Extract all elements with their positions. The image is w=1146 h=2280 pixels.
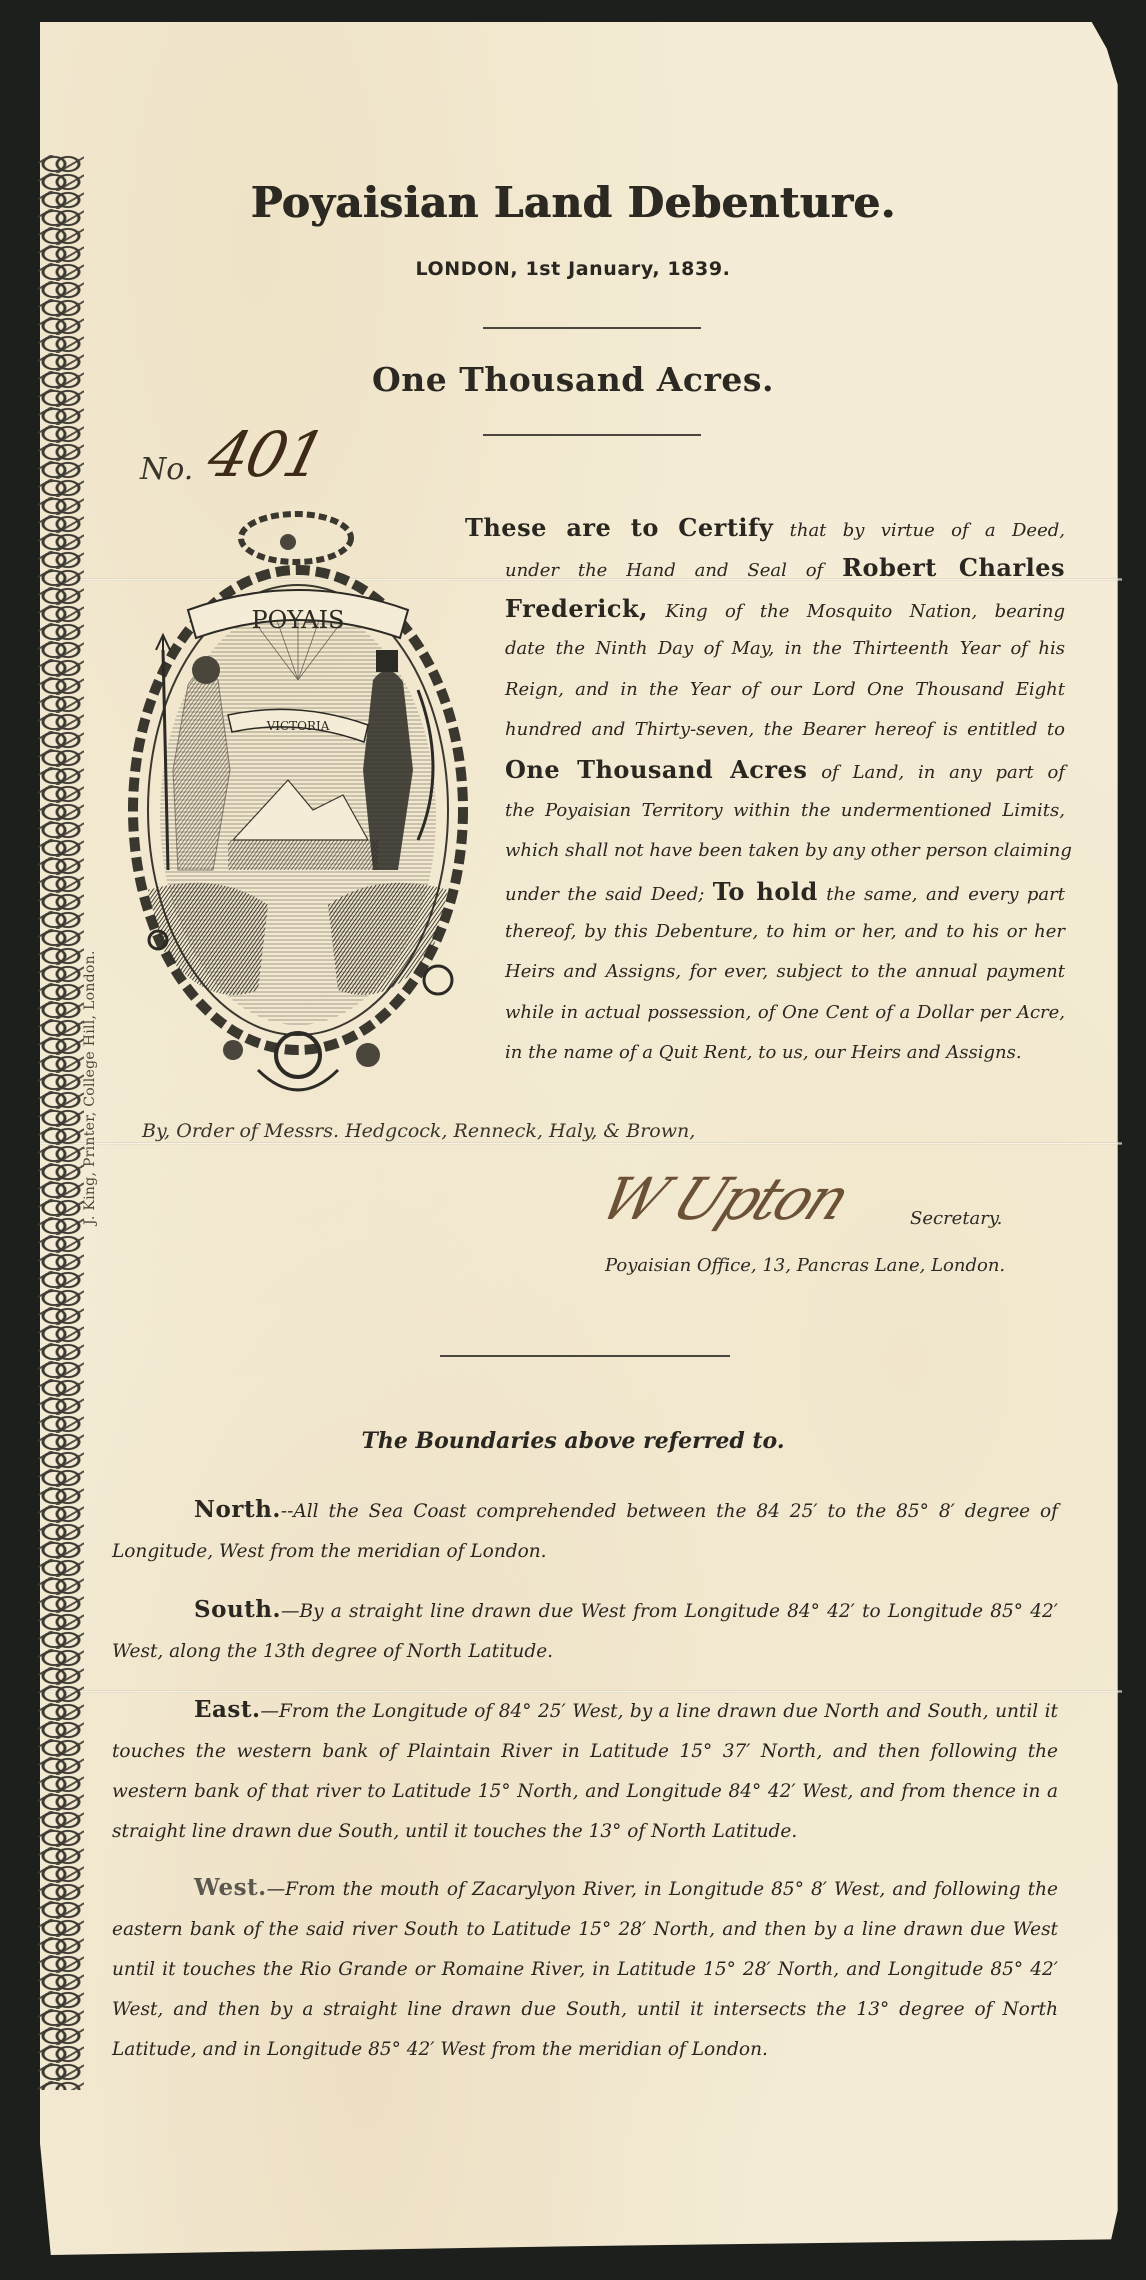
svg-text:VICTORIA: VICTORIA bbox=[266, 719, 330, 733]
boundary-east: East.—From the Longitude of 84° 25′ West… bbox=[112, 1690, 1058, 1852]
certificate-line: date the Ninth Day of May, in the Thirte… bbox=[505, 629, 1065, 669]
handwritten-signature: W Upton bbox=[590, 1165, 859, 1233]
boundary-label: West. bbox=[194, 1874, 267, 1901]
certificate-line: under the said Deed; To hold the same, a… bbox=[505, 872, 1065, 912]
certificate-line: under the Hand and Seal of Robert Charle… bbox=[505, 548, 1065, 588]
order-line: By, Order of Messrs. Hedgcock, Renneck, … bbox=[142, 1120, 695, 1142]
boundary-west: West.—From the mouth of Zacarylyon River… bbox=[112, 1868, 1058, 2070]
boundary-label: North. bbox=[194, 1496, 281, 1523]
boundary-label: East. bbox=[194, 1696, 261, 1723]
certificate-line: thereof, by this Debenture, to him or he… bbox=[505, 912, 1065, 952]
certificate-line: while in actual possession, of One Cent … bbox=[505, 993, 1065, 1033]
certificate-line: Frederick, King of the Mosquito Nation, … bbox=[505, 589, 1065, 629]
certificate-line: in the name of a Quit Rent, to us, our H… bbox=[505, 1033, 1065, 1073]
document-subtitle: One Thousand Acres. bbox=[0, 360, 1146, 399]
boundary-label: South. bbox=[194, 1596, 281, 1623]
boundary-north: North.--All the Sea Coast comprehended b… bbox=[112, 1490, 1058, 1572]
document-title: Poyaisian Land Debenture. bbox=[0, 178, 1146, 227]
certificate-line: which shall not have been taken by any o… bbox=[505, 831, 1065, 871]
signatory-role: Secretary. bbox=[910, 1208, 1002, 1229]
date-line: LONDON, 1st January, 1839. bbox=[0, 258, 1146, 280]
number-label: No. bbox=[140, 452, 193, 487]
poyais-coat-of-arms-icon: POYAIS VICTORIA bbox=[118, 510, 478, 1110]
certificate-line: Reign, and in the Year of our Lord One T… bbox=[505, 670, 1065, 710]
printer-imprint: J. King, Printer, College Hill, London. bbox=[82, 950, 98, 1225]
certificate-line: hundred and Thirty-seven, the Bearer her… bbox=[505, 710, 1065, 750]
boundary-south: South.—By a straight line drawn due West… bbox=[112, 1590, 1058, 1672]
divider-rule bbox=[440, 1355, 730, 1357]
boundaries-heading: The Boundaries above referred to. bbox=[0, 1428, 1146, 1454]
certificate-text: These are to Certify that by virtue of a… bbox=[505, 508, 1065, 1073]
office-address: Poyaisian Office, 13, Pancras Lane, Lond… bbox=[605, 1255, 1005, 1276]
debenture-number: 401 bbox=[201, 418, 332, 491]
certificate-line: One Thousand Acres of Land, in any part … bbox=[505, 750, 1065, 790]
divider-rule bbox=[483, 327, 701, 329]
certificate-line: These are to Certify that by virtue of a… bbox=[465, 508, 1065, 548]
ornamental-border bbox=[38, 155, 84, 2090]
certificate-line: Heirs and Assigns, for ever, subject to … bbox=[505, 952, 1065, 992]
divider-rule bbox=[483, 434, 701, 436]
certificate-line: the Poyaisian Territory within the under… bbox=[505, 791, 1065, 831]
fold-crease bbox=[40, 1142, 1122, 1145]
svg-text:POYAIS: POYAIS bbox=[251, 606, 344, 634]
